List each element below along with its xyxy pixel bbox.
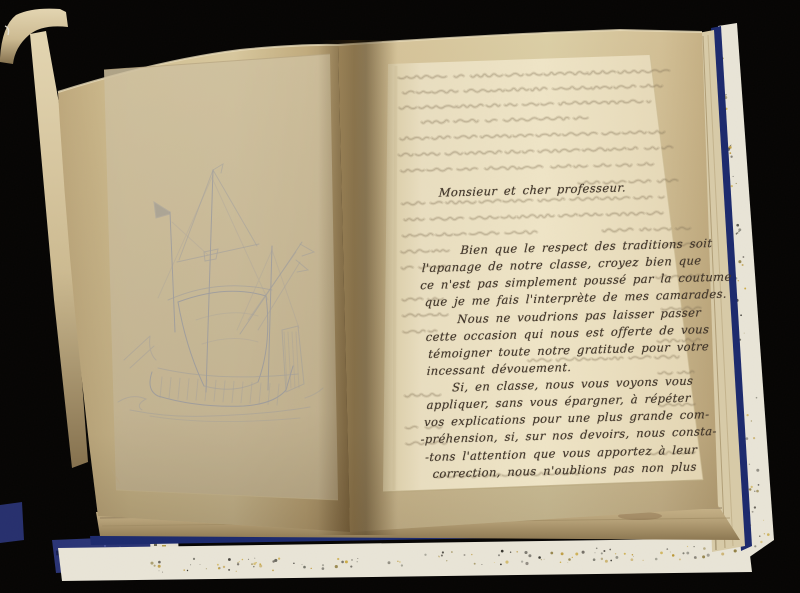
photo-grain [0,0,800,593]
album-photo-svg [0,0,800,593]
photo-open-album: Monsieur et cher professeur. Bien que le… [0,0,800,593]
